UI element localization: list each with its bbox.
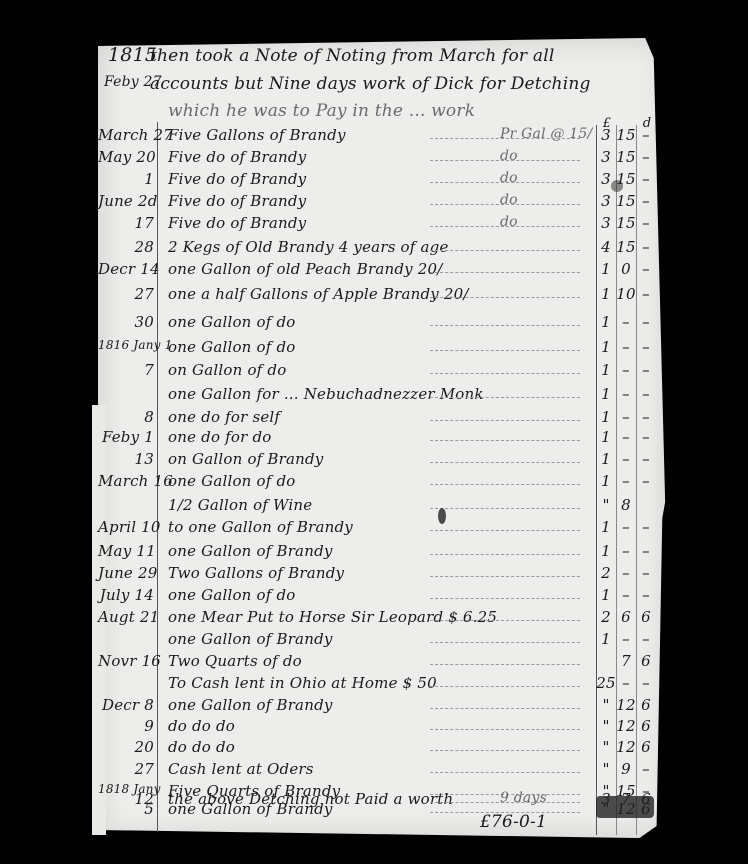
entry-pounds: 1 (596, 285, 616, 303)
entry-rate: do (500, 214, 518, 230)
entry-description: Cash lent at Oders (168, 760, 314, 778)
entry-pounds: 1 (596, 408, 616, 426)
entry-description: one Gallon of Brandy (168, 696, 333, 714)
ink-blot (438, 508, 446, 524)
entry-date: 28 (98, 238, 154, 256)
entry-description: one Gallon of Brandy (168, 630, 333, 648)
entry-pence: – (636, 285, 656, 303)
entry-pence: 6 (636, 717, 656, 735)
entry-description: one Gallon of Brandy (168, 542, 333, 560)
entry-description: do do do (168, 738, 235, 756)
filler-dash (430, 226, 580, 227)
filler-dash (430, 160, 580, 161)
filler-dash (430, 729, 580, 730)
entry-shillings: 6 (616, 608, 636, 626)
entry-shillings: – (616, 428, 636, 446)
entry-date: 27 (98, 285, 154, 303)
entry-pence: – (636, 408, 656, 426)
entry-description: one Gallon of do (168, 472, 296, 490)
entry-description: one do for self (168, 408, 280, 426)
entry-description: Five Gallons of Brandy (168, 126, 346, 144)
entry-pence: – (636, 385, 656, 403)
entry-date: Decr 14 (98, 260, 154, 278)
entry-shillings: 9 (616, 760, 636, 778)
entry-description: To Cash lent in Ohio at Home $ 50 (168, 674, 437, 692)
entry-pounds: 1 (596, 428, 616, 446)
entry-pounds: 1 (596, 385, 616, 403)
entry-pence: – (636, 630, 656, 648)
filler-dash (430, 182, 580, 183)
entry-date: Novr 16 (98, 652, 154, 670)
entry-date: 12 (98, 790, 154, 808)
entry-shillings: 15 (616, 214, 636, 232)
entry-pence: – (636, 564, 656, 582)
header-line-1: then took a Note of Noting from March fo… (150, 46, 554, 66)
entry-shillings: – (616, 385, 636, 403)
entry-rate: Pr Gal @ 15/ (500, 126, 592, 142)
filler-dash (430, 576, 580, 577)
entry-pounds: 25 (596, 674, 616, 692)
entry-description: Five do of Brandy (168, 148, 306, 166)
entry-shillings: – (616, 586, 636, 604)
entry-shillings: – (616, 518, 636, 536)
entry-pounds: 3 (596, 214, 616, 232)
entry-pounds: 3 (596, 126, 616, 144)
entry-shillings: 12 (616, 696, 636, 714)
entry-date: Feby 1 (98, 428, 154, 446)
header-line-2: accounts but Nine days work of Dick for … (150, 74, 591, 94)
entry-shillings: 7 (616, 652, 636, 670)
entry-shillings: 10 (616, 285, 636, 303)
entry-description: one Mear Put to Horse Sir Leopard $ 6.25 (168, 608, 497, 626)
entry-shillings: 0 (616, 260, 636, 278)
entry-pence: – (636, 148, 656, 166)
entry-date: May 11 (98, 542, 154, 560)
entry-description: Five do of Brandy (168, 192, 306, 210)
ink-blot-total (596, 796, 654, 818)
entry-shillings: – (616, 542, 636, 560)
entry-shillings: – (616, 408, 636, 426)
entry-pence: 6 (636, 696, 656, 714)
entry-pounds: " (596, 496, 616, 514)
header-line-3: which he was to Pay in the ... work (168, 101, 475, 121)
ink-smudge (611, 180, 623, 192)
entry-pence: 6 (636, 738, 656, 756)
entry-pounds: " (596, 696, 616, 714)
entry-pence: – (636, 542, 656, 560)
filler-dash (430, 802, 580, 803)
entry-shillings: – (616, 564, 636, 582)
filler-dash (430, 272, 580, 273)
filler-dash (430, 642, 580, 643)
entry-pence: – (636, 260, 656, 278)
entry-pounds: 1 (596, 542, 616, 560)
filler-dash (430, 440, 580, 441)
entry-date: 17 (98, 214, 154, 232)
entry-date: March 27 (98, 126, 154, 144)
entry-pence: – (636, 214, 656, 232)
entry-description: one do for do (168, 428, 272, 446)
entry-date: Decr 8 (98, 696, 154, 714)
entry-shillings: 15 (616, 148, 636, 166)
entry-shillings: – (616, 674, 636, 692)
entry-description: to one Gallon of Brandy (168, 518, 353, 536)
entry-pence: – (636, 760, 656, 778)
entry-pence: – (636, 238, 656, 256)
entry-description: one Gallon of old Peach Brandy 20/ (168, 260, 443, 278)
entry-shillings: – (616, 450, 636, 468)
entry-shillings: – (616, 313, 636, 331)
entry-description: Five do of Brandy (168, 214, 306, 232)
entry-description: on Gallon of do (168, 361, 286, 379)
filler-dash (430, 138, 580, 139)
entry-description: Two Quarts of do (168, 652, 302, 670)
entry-pence: – (636, 170, 656, 188)
entry-pounds: 1 (596, 361, 616, 379)
entry-rate: do (500, 148, 518, 164)
entry-pence: – (636, 674, 656, 692)
entry-description: one Gallon of do (168, 586, 296, 604)
entry-date: 20 (98, 738, 154, 756)
entry-pence: – (636, 472, 656, 490)
entry-shillings: 12 (616, 738, 636, 756)
filler-dash (430, 325, 580, 326)
filler-dash (430, 772, 580, 773)
filler-dash (430, 350, 580, 351)
entry-description: Two Gallons of Brandy (168, 564, 344, 582)
entry-pounds: 2 (596, 608, 616, 626)
entry-date: 27 (98, 760, 154, 778)
entry-description: 1/2 Gallon of Wine (168, 496, 312, 514)
entry-date: March 16 (98, 472, 154, 490)
entry-pounds: 1 (596, 630, 616, 648)
filler-dash (430, 204, 580, 205)
entry-pounds: 3 (596, 192, 616, 210)
entry-pounds: 1 (596, 450, 616, 468)
entry-pounds: 4 (596, 238, 616, 256)
entry-shillings: 12 (616, 717, 636, 735)
entry-description: Five do of Brandy (168, 170, 306, 188)
entry-date: June 2d (98, 192, 154, 210)
entry-date: 1 (98, 170, 154, 188)
entry-pounds: 3 (596, 148, 616, 166)
entry-pounds: " (596, 738, 616, 756)
entry-pence: – (636, 313, 656, 331)
entry-pence: – (636, 338, 656, 356)
entry-description: 2 Kegs of Old Brandy 4 years of age (168, 238, 449, 256)
filler-dash (430, 462, 580, 463)
entry-date: July 14 (98, 586, 154, 604)
filler-dash (430, 397, 580, 398)
filler-dash (430, 598, 580, 599)
entry-rate: do (500, 170, 518, 186)
entry-date: 8 (98, 408, 154, 426)
entry-pence: – (636, 192, 656, 210)
entry-pence: – (636, 361, 656, 379)
entry-pounds: 1 (596, 260, 616, 278)
entry-date: 1816 Jany 1 (98, 338, 154, 352)
entry-shillings: 15 (616, 238, 636, 256)
entry-date: June 29 (98, 564, 154, 582)
entry-date: April 10 (98, 518, 154, 536)
filler-dash (430, 373, 580, 374)
entry-pounds: " (596, 717, 616, 735)
entry-pounds: 1 (596, 472, 616, 490)
entry-pence: – (636, 428, 656, 446)
entry-date: 30 (98, 313, 154, 331)
entry-shillings: 15 (616, 126, 636, 144)
entry-description: do do do (168, 717, 235, 735)
filler-dash (430, 250, 580, 251)
entry-shillings: – (616, 472, 636, 490)
filler-dash (430, 750, 580, 751)
entry-description: one Gallon of do (168, 313, 296, 331)
entry-date: May 20 (98, 148, 154, 166)
entry-date: 13 (98, 450, 154, 468)
entry-rate: 9 days (500, 790, 547, 806)
entry-pence: 6 (636, 608, 656, 626)
entry-pence: – (636, 518, 656, 536)
entry-date: Augt 21 (98, 608, 154, 626)
filler-dash (430, 554, 580, 555)
entry-description: on Gallon of Brandy (168, 450, 323, 468)
filler-dash (430, 686, 580, 687)
entry-pence: 6 (636, 652, 656, 670)
filler-dash (430, 420, 580, 421)
entry-rate: do (500, 192, 518, 208)
filler-dash (430, 297, 580, 298)
filler-dash (430, 484, 580, 485)
entry-shillings: 8 (616, 496, 636, 514)
filler-dash (430, 708, 580, 709)
entry-pounds: " (596, 760, 616, 778)
entry-pence: – (636, 450, 656, 468)
entry-description: one a half Gallons of Apple Brandy 20/ (168, 285, 469, 303)
entry-description: one Gallon for ... Nebuchadnezzer Monk (168, 385, 484, 403)
entry-pence: – (636, 586, 656, 604)
entry-description: one Gallon of do (168, 338, 296, 356)
entry-pounds: 1 (596, 313, 616, 331)
entry-date: 9 (98, 717, 154, 735)
entry-pounds: 1 (596, 586, 616, 604)
entry-shillings: 15 (616, 192, 636, 210)
entry-pounds: 1 (596, 338, 616, 356)
entry-pence: – (636, 126, 656, 144)
filler-dash (430, 620, 580, 621)
ledger-total: £76-0-1 (480, 812, 547, 832)
entry-date: 7 (98, 361, 154, 379)
filler-dash (430, 664, 580, 665)
entry-pounds: 2 (596, 564, 616, 582)
entry-shillings: – (616, 630, 636, 648)
entry-shillings: – (616, 338, 636, 356)
entry-description: the above Detching not Paid a worth (168, 790, 453, 808)
entry-pounds: 1 (596, 518, 616, 536)
filler-dash (430, 508, 580, 509)
filler-dash (430, 530, 580, 531)
entry-shillings: – (616, 361, 636, 379)
